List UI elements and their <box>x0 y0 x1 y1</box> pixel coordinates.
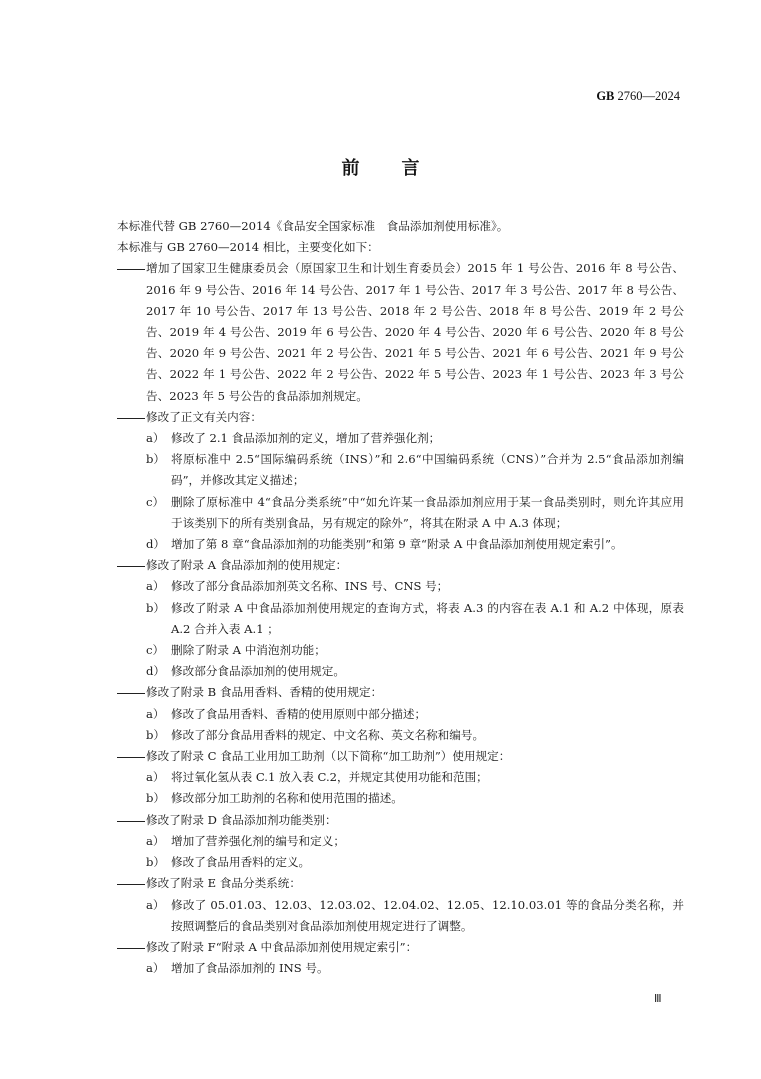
sub-item: b）修改部分加工助剂的名称和使用范围的描述。 <box>117 788 684 809</box>
sub-item: a）修改了食品用香料、香精的使用原则中部分描述； <box>117 704 684 725</box>
sub-item: d）增加了第 8 章“食品添加剂的功能类别”和第 9 章“附录 A 中食品添加剂… <box>117 534 684 555</box>
page-number: Ⅲ <box>654 992 662 1005</box>
title-char-1: 前 <box>342 158 360 179</box>
replacement-statement: 本标准代替 GB 2760—2014《食品安全国家标准 食品添加剂使用标准》。 <box>117 216 684 237</box>
sub-item: b）将原标准中 2.5“国际编码系统（INS）”和 2.6“中国编码系统（CNS… <box>117 449 684 491</box>
change-item: 增加了国家卫生健康委员会（原国家卫生和计划生育委员会）2015 年 1 号公告、… <box>117 258 684 406</box>
sub-item: b）修改了附录 A 中食品添加剂使用规定的查询方式，将表 A.3 的内容在表 A… <box>117 598 684 640</box>
sub-item: d）修改部分食品添加剂的使用规定。 <box>117 661 684 682</box>
change-item: 修改了附录 E 食品分类系统： <box>117 873 684 894</box>
document-body: 本标准代替 GB 2760—2014《食品安全国家标准 食品添加剂使用标准》。 … <box>117 216 684 979</box>
standard-code: GB 2760—2024 <box>596 89 680 104</box>
sub-item: a）修改了 2.1 食品添加剂的定义，增加了营养强化剂； <box>117 428 684 449</box>
change-item: 修改了正文有关内容： <box>117 407 684 428</box>
sub-item: c）删除了附录 A 中消泡剂功能； <box>117 640 684 661</box>
change-item: 修改了附录 A 食品添加剂的使用规定： <box>117 555 684 576</box>
change-item: 修改了附录 C 食品工业用加工助剂（以下简称“加工助剂”）使用规定： <box>117 746 684 767</box>
sub-item: a）将过氧化氢从表 C.1 放入表 C.2，并规定其使用功能和范围； <box>117 767 684 788</box>
sub-item: b）修改了食品用香料的定义。 <box>117 852 684 873</box>
standard-number: 2760—2024 <box>618 89 681 103</box>
change-item: 修改了附录 B 食品用香料、香精的使用规定： <box>117 682 684 703</box>
sub-item: c）删除了原标准中 4“食品分类系统”中“如允许某一食品添加剂应用于某一食品类别… <box>117 492 684 534</box>
title-char-2: 言 <box>402 158 420 179</box>
change-item: 修改了附录 D 食品添加剂功能类别： <box>117 810 684 831</box>
sub-item: a）增加了食品添加剂的 INS 号。 <box>117 958 684 979</box>
sub-item: a）修改了部分食品添加剂英文名称、INS 号、CNS 号； <box>117 576 684 597</box>
page-title: 前言 <box>0 154 761 180</box>
changes-intro: 本标准与 GB 2760—2014 相比，主要变化如下： <box>117 237 684 258</box>
sub-item: a）修改了 05.01.03、12.03、12.03.02、12.04.02、1… <box>117 895 684 937</box>
change-item: 修改了附录 F“附录 A 中食品添加剂使用规定索引”： <box>117 937 684 958</box>
standard-prefix: GB <box>596 89 614 103</box>
sub-item: a）增加了营养强化剂的编号和定义； <box>117 831 684 852</box>
sub-item: b）修改了部分食品用香料的规定、中文名称、英文名称和编号。 <box>117 725 684 746</box>
